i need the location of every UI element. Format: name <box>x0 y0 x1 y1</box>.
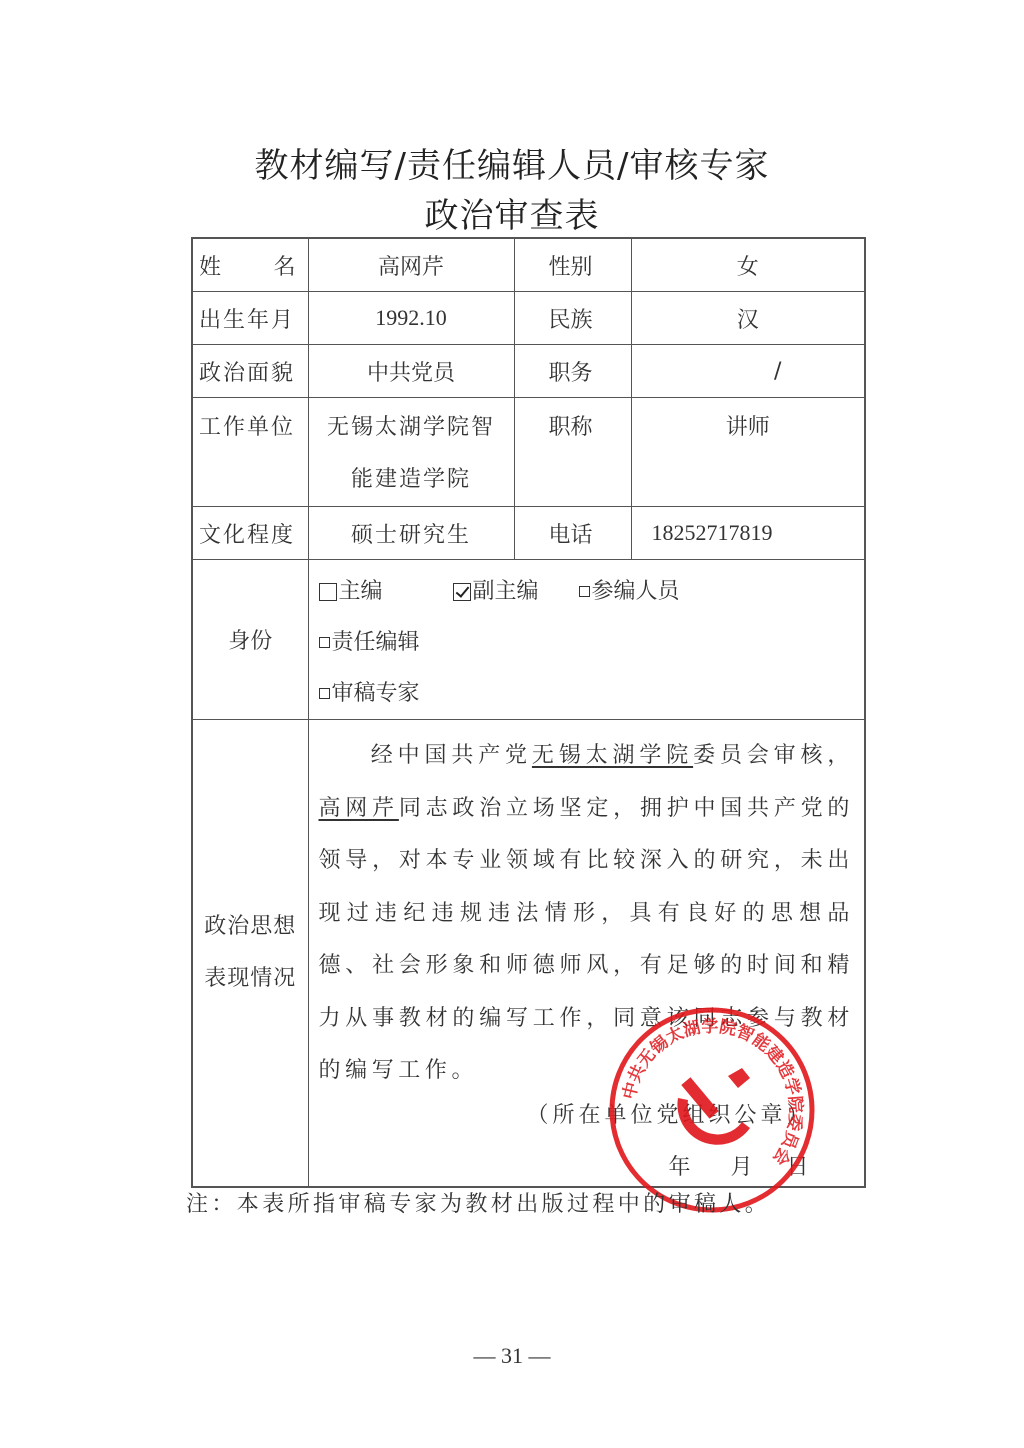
work-unit-line1: 无锡太湖学院智 <box>309 402 514 454</box>
option-label: 责任编辑 <box>332 617 420 668</box>
label-line1: 政治思想 <box>193 901 308 953</box>
option-label: 副主编 <box>473 566 539 617</box>
label-position: 职务 <box>514 345 631 398</box>
label-gender: 性别 <box>514 238 631 292</box>
checkbox-review-expert[interactable] <box>319 688 330 699</box>
date-year: 年 <box>669 1150 695 1181</box>
para-text: 同志政治立场坚定，拥护中国共产党的领导，对本专业领域有比较深入的研究，未出现过违… <box>319 796 855 1084</box>
label-political-performance: 政治思想 表现情况 <box>192 720 308 1188</box>
row-political-performance: 政治思想 表现情况 经中国共产党无锡太湖学院委员会审核，高网芹同志政治立场坚定，… <box>192 720 865 1188</box>
label-political-status: 政治面貌 <box>192 345 308 398</box>
date-day: 日 <box>787 1150 813 1181</box>
review-form-table: 姓名 高网芹 性别 女 出生年月 1992.10 民族 汉 政治面貌 中共党员 … <box>191 237 866 1188</box>
option-deputy-editor[interactable]: 副主编 <box>453 566 539 617</box>
value-work-unit: 无锡太湖学院智 能建造学院 <box>308 398 514 507</box>
document-title-line2: 政治审查表 <box>0 188 1024 237</box>
value-education: 硕士研究生 <box>308 507 514 560</box>
value-phone: 18252717819 <box>631 507 865 560</box>
option-chief-editor[interactable]: 主编 <box>319 566 383 617</box>
option-label: 审稿专家 <box>332 668 420 719</box>
checkbox-contributor[interactable] <box>579 586 590 597</box>
identity-options: 主编 副主编 参编人员 责任编辑 <box>308 560 865 720</box>
label-work-unit: 工作单位 <box>192 398 308 507</box>
label-char: 名 <box>273 250 297 281</box>
value-gender: 女 <box>631 238 865 292</box>
row-work-unit: 工作单位 无锡太湖学院智 能建造学院 职称 讲师 <box>192 398 865 507</box>
assessment-paragraph: 经中国共产党无锡太湖学院委员会审核，高网芹同志政治立场坚定，拥护中国共产党的领导… <box>309 720 865 1098</box>
value-birth: 1992.10 <box>308 292 514 345</box>
checkbox-deputy-editor[interactable] <box>453 583 471 601</box>
checkbox-responsible-editor[interactable] <box>319 637 330 648</box>
label-education: 文化程度 <box>192 507 308 560</box>
label-title: 职称 <box>514 398 631 507</box>
work-unit-line2: 能建造学院 <box>309 454 514 506</box>
org-name: 无锡太湖学院 <box>532 743 693 768</box>
row-identity: 身份 主编 副主编 参编人员 责任编辑 <box>192 560 865 720</box>
label-phone: 电话 <box>514 507 631 560</box>
para-text: 经中国共产党 <box>371 743 532 768</box>
value-title: 讲师 <box>631 398 865 507</box>
seal-note: （所在单位党组织公章） <box>527 1098 813 1129</box>
option-responsible-editor[interactable]: 责任编辑 <box>319 617 420 668</box>
option-contributor[interactable]: 参编人员 <box>579 566 680 617</box>
political-performance-content: 经中国共产党无锡太湖学院委员会审核，高网芹同志政治立场坚定，拥护中国共产党的领导… <box>308 720 865 1188</box>
page-number: — 31 — <box>0 1343 1024 1369</box>
label-line2: 表现情况 <box>193 953 308 1005</box>
value-position: / <box>631 345 865 398</box>
label-name: 姓名 <box>192 238 308 292</box>
footnote: 注：本表所指审稿专家为教材出版过程中的审稿人。 <box>186 1187 770 1218</box>
value-name: 高网芹 <box>308 238 514 292</box>
option-label: 参编人员 <box>592 566 680 617</box>
row-political-status: 政治面貌 中共党员 职务 / <box>192 345 865 398</box>
value-political-status: 中共党员 <box>308 345 514 398</box>
value-ethnicity: 汉 <box>631 292 865 345</box>
row-education: 文化程度 硕士研究生 电话 18252717819 <box>192 507 865 560</box>
label-identity: 身份 <box>192 560 308 720</box>
label-ethnicity: 民族 <box>514 292 631 345</box>
row-birth: 出生年月 1992.10 民族 汉 <box>192 292 865 345</box>
label-char: 姓 <box>199 250 223 281</box>
document-title-line1: 教材编写/责任编辑人员/审核专家 <box>0 138 1024 187</box>
para-text: 委员会审核， <box>693 743 854 768</box>
person-name: 高网芹 <box>319 796 399 821</box>
option-label: 主编 <box>339 566 383 617</box>
date-month: 月 <box>731 1150 757 1181</box>
row-name: 姓名 高网芹 性别 女 <box>192 238 865 292</box>
checkbox-chief-editor[interactable] <box>319 583 337 601</box>
option-review-expert[interactable]: 审稿专家 <box>319 668 420 719</box>
label-birth: 出生年月 <box>192 292 308 345</box>
